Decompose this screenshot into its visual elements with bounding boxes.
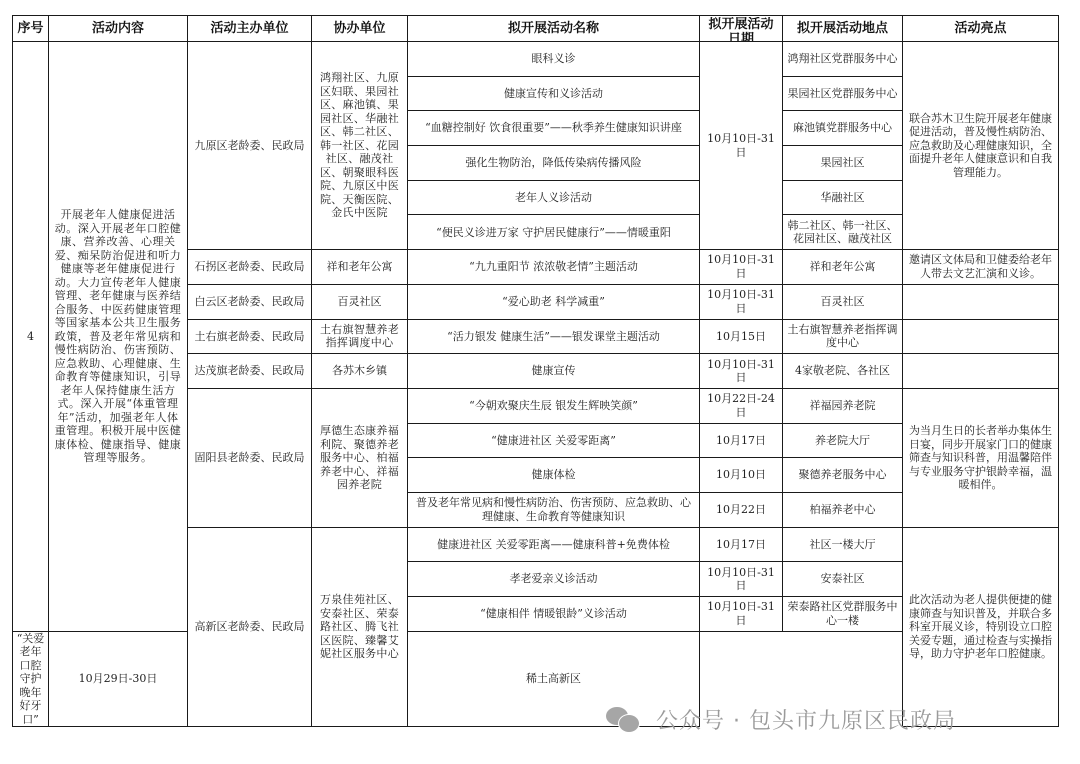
place-cell: 果园社区 — [783, 146, 903, 181]
activity-name-cell: 孝老爱亲义诊活动 — [408, 562, 700, 597]
place-cell: 韩二社区、韩一社区、花园社区、融茂社区 — [783, 215, 903, 250]
activity-name-cell: 老年人义诊活动 — [408, 180, 700, 215]
date-cell: 10月29日-30日 — [49, 631, 188, 727]
place-cell: 祥和老年公寓 — [783, 250, 903, 285]
activity-name-cell: “健康进社区 关爱零距离” — [408, 423, 700, 458]
highlight-cell: 此次活动为老人提供便捷的健康筛查与知识普及，并联合多科室开展义诊，特别设立口腔关… — [903, 527, 1059, 727]
co-organizer-cell: 各苏木乡镇 — [312, 354, 408, 389]
place-cell: 果园社区党群服务中心 — [783, 76, 903, 111]
date-cell: 10月10日-31日 — [700, 42, 783, 250]
activity-name-cell: “血糖控制好 饮食很重要”——秋季养生健康知识讲座 — [408, 111, 700, 146]
activity-name-cell: “爱心助老 科学减重” — [408, 284, 700, 319]
activity-name-cell: 健康宣传和义诊活动 — [408, 76, 700, 111]
organizer-cell: 达茂旗老龄委、民政局 — [188, 354, 312, 389]
place-cell: 华融社区 — [783, 180, 903, 215]
date-cell: 10月22日-24日 — [700, 388, 783, 423]
date-cell: 10月17日 — [700, 423, 783, 458]
organizer-cell: 九原区老龄委、民政局 — [188, 42, 312, 250]
highlight-cell — [903, 284, 1059, 319]
header-organizer: 活动主办单位 — [188, 16, 312, 42]
header-place: 拟开展活动地点 — [783, 16, 903, 42]
date-cell: 10月22日 — [700, 492, 783, 527]
header-content: 活动内容 — [49, 16, 188, 42]
place-cell: 养老院大厅 — [783, 423, 903, 458]
wechat-icon — [606, 707, 646, 733]
activity-name-cell: 普及老年常见病和慢性病防治、伤害预防、应急救助、心理健康、生命教育等健康知识 — [408, 492, 700, 527]
activity-name-cell: 健康体检 — [408, 458, 700, 493]
organizer-cell: 固阳县老龄委、民政局 — [188, 388, 312, 527]
header-activity-name: 拟开展活动名称 — [408, 16, 700, 42]
activity-plan-table: 序号 活动内容 活动主办单位 协办单位 拟开展活动名称 拟开展活动日期 拟开展活… — [12, 15, 1059, 727]
activity-name-cell: “便民义诊进万家 守护居民健康行”——情暖重阳 — [408, 215, 700, 250]
activity-name-cell: 健康宣传 — [408, 354, 700, 389]
activity-name-cell: “健康相伴 情暖银龄”义诊活动 — [408, 597, 700, 632]
date-cell: 10月15日 — [700, 319, 783, 354]
header-row: 序号 活动内容 活动主办单位 协办单位 拟开展活动名称 拟开展活动日期 拟开展活… — [13, 16, 1059, 42]
place-cell: 聚德养老服务中心 — [783, 458, 903, 493]
date-cell: 10月10日-31日 — [700, 562, 783, 597]
highlight-cell: 邀请区文体局和卫健委给老年人带去文艺汇演和义诊。 — [903, 250, 1059, 285]
place-cell: 麻池镇党群服务中心 — [783, 111, 903, 146]
place-cell: 柏福养老中心 — [783, 492, 903, 527]
seq-number: 4 — [13, 42, 49, 632]
place-cell: 4家敬老院、各社区 — [783, 354, 903, 389]
date-cell: 10月10日-31日 — [700, 284, 783, 319]
date-cell: 10月10日-31日 — [700, 354, 783, 389]
date-cell: 10月17日 — [700, 527, 783, 562]
activity-name-cell: “今朝欢聚庆生辰 银发生辉映笑颜” — [408, 388, 700, 423]
activity-name-cell: “关爱老年口腔 守护晚年好牙口” — [13, 631, 49, 727]
place-cell: 百灵社区 — [783, 284, 903, 319]
header-seq: 序号 — [13, 16, 49, 42]
highlight-cell — [903, 354, 1059, 389]
account-name: 公众号 · 包头市九原区民政局 — [656, 704, 956, 735]
wechat-account-watermark: 公众号 · 包头市九原区民政局 — [606, 704, 956, 735]
co-organizer-cell: 百灵社区 — [312, 284, 408, 319]
header-highlight: 活动亮点 — [903, 16, 1059, 42]
co-organizer-cell: 厚德生态康养福利院、聚德养老服务中心、柏福养老中心、祥福园养老院 — [312, 388, 408, 527]
place-cell: 土右旗智慧养老指挥调度中心 — [783, 319, 903, 354]
date-cell: 10月10日 — [700, 458, 783, 493]
co-organizer-cell: 土右旗智慧养老指挥调度中心 — [312, 319, 408, 354]
place-cell: 社区一楼大厅 — [783, 527, 903, 562]
highlight-cell: 为当月生日的长者举办集体生日宴，同步开展家门口的健康筛查与知识科普，用温馨陪伴与… — [903, 388, 1059, 527]
table-row: 4 开展老年人健康促进活动。深入开展老年口腔健康、营养改善、心理关爱、痴呆防治促… — [13, 42, 1059, 77]
activity-name-cell: 健康进社区 关爱零距离——健康科普+免费体检 — [408, 527, 700, 562]
place-cell: 祥福园养老院 — [783, 388, 903, 423]
activity-name-cell: 强化生物防治，降低传染病传播风险 — [408, 146, 700, 181]
date-cell: 10月10日-31日 — [700, 597, 783, 632]
activity-content: 开展老年人健康促进活动。深入开展老年口腔健康、营养改善、心理关爱、痴呆防治促进和… — [49, 42, 188, 632]
co-organizer-cell: 祥和老年公寓 — [312, 250, 408, 285]
activity-name-cell: “活力银发 健康生活”——银发课堂主题活动 — [408, 319, 700, 354]
date-cell: 10月10日-31日 — [700, 250, 783, 285]
organizer-cell: 高新区老龄委、民政局 — [188, 527, 312, 727]
highlight-cell: 联合苏木卫生院开展老年健康促进活动，普及慢性病防治、应急救助及心理健康知识，全面… — [903, 42, 1059, 250]
co-organizer-cell: 万泉佳苑社区、安泰社区、荣泰路社区、腾飞社区医院、臻馨艾妮社区服务中心 — [312, 527, 408, 727]
place-cell: 鸿翔社区党群服务中心 — [783, 42, 903, 77]
organizer-cell: 石拐区老龄委、民政局 — [188, 250, 312, 285]
place-cell: 安泰社区 — [783, 562, 903, 597]
organizer-cell: 白云区老龄委、民政局 — [188, 284, 312, 319]
activity-name-cell: “九九重阳节 浓浓敬老情”主题活动 — [408, 250, 700, 285]
header-date: 拟开展活动日期 — [700, 16, 783, 42]
activity-name-cell: 眼科义诊 — [408, 42, 700, 77]
co-organizer-cell: 鸿翔社区、九原区妇联、果园社区、麻池镇、果园社区、华融社区、韩二社区、韩一社区、… — [312, 42, 408, 250]
organizer-cell: 土右旗老龄委、民政局 — [188, 319, 312, 354]
header-co-organizer: 协办单位 — [312, 16, 408, 42]
highlight-cell — [903, 319, 1059, 354]
place-cell: 荣泰路社区党群服务中心一楼 — [783, 597, 903, 632]
